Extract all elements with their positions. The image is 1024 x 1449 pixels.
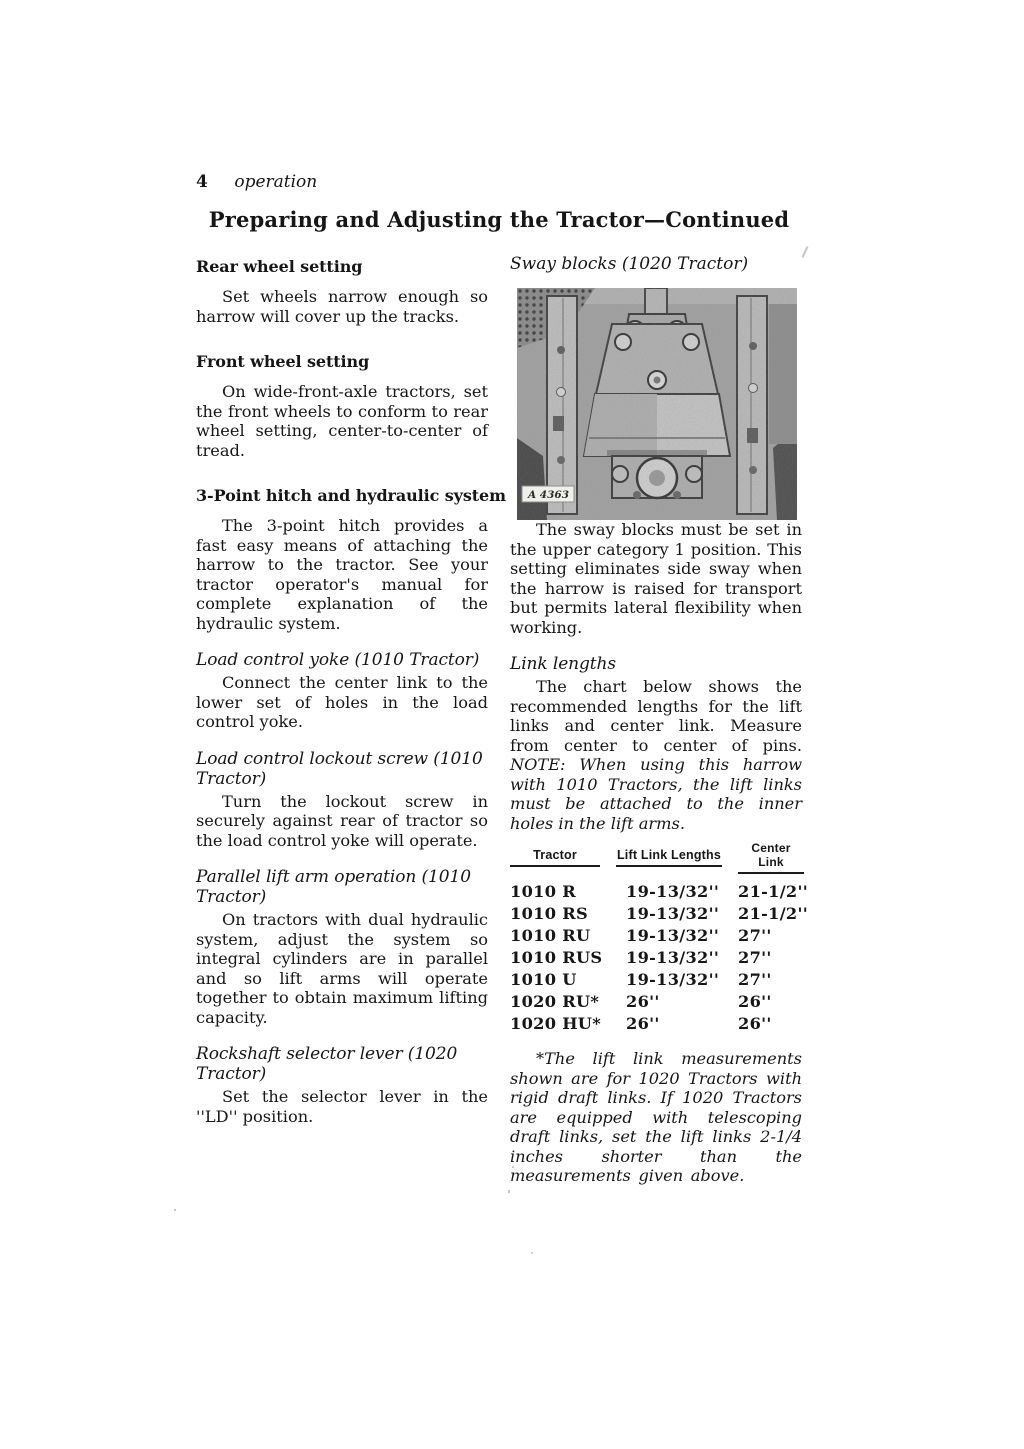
table-cell: 1010 RU: [510, 925, 616, 947]
table-cell: 26'': [616, 991, 738, 1013]
section-label: operation: [234, 172, 317, 192]
section-heading: Rockshaft selector lever (1020 Tractor): [196, 1044, 488, 1084]
link-lengths-table: Tractor Lift Link Lengths Center Link 10…: [510, 841, 806, 1035]
table-cell: 21-1/2'': [738, 903, 806, 925]
link-lengths-note: NOTE: When using this harrow with 1010 T…: [510, 755, 802, 833]
section-paragraph: The 3-point hitch provides a fast easy m…: [196, 516, 488, 633]
table-row: 1020 HU*26''26'': [510, 1013, 806, 1035]
table-cell: 1020 RU*: [510, 991, 616, 1013]
right-column: Sway blocks (1020 Tractor): [510, 254, 802, 1186]
link-lengths-heading: Link lengths: [510, 654, 802, 674]
lift-link-footnote: *The lift link measurements shown are fo…: [510, 1049, 802, 1186]
link-lengths-paragraph: The chart below shows the recommended le…: [510, 677, 802, 833]
page-title: Preparing and Adjusting the Tractor—Cont…: [196, 207, 802, 232]
column-header-tractor: Tractor: [510, 841, 616, 874]
column-header-center-link: Center Link: [738, 841, 806, 874]
section-heading: Parallel lift arm operation (1010 Tracto…: [196, 867, 488, 907]
section-paragraph: On wide-front-axle tractors, set the fro…: [196, 382, 488, 460]
section-heading: Load control yoke (1010 Tractor): [196, 650, 488, 670]
two-column-layout: Rear wheel settingSet wheels narrow enou…: [196, 254, 802, 1186]
table-cell: 1020 HU*: [510, 1013, 616, 1035]
scan-speck: [508, 1190, 510, 1193]
table-row: 1020 RU*26''26'': [510, 991, 806, 1013]
scan-artifact: [802, 246, 809, 258]
section-paragraph: On tractors with dual hydraulic system, …: [196, 910, 488, 1027]
section-paragraph: Connect the center link to the lower set…: [196, 673, 488, 732]
section-paragraph: Set wheels narrow enough so harrow will …: [196, 287, 488, 326]
page-content: 4operation Preparing and Adjusting the T…: [196, 172, 802, 1186]
sway-blocks-heading: Sway blocks (1020 Tractor): [510, 254, 802, 274]
page-number: 4: [196, 172, 208, 192]
sway-blocks-paragraph: The sway blocks must be set in the upper…: [510, 520, 802, 637]
section-paragraph: Turn the lockout screw in securely again…: [196, 792, 488, 851]
table-row: 1010 RU19-13/32''27'': [510, 925, 806, 947]
table-row: 1010 RUS19-13/32''27'': [510, 947, 806, 969]
table-cell: 1010 RS: [510, 903, 616, 925]
table-cell: 27'': [738, 969, 806, 991]
sway-blocks-photo: A 4363: [517, 288, 797, 520]
table-cell: 27'': [738, 947, 806, 969]
table-row: 1010 U19-13/32''27'': [510, 969, 806, 991]
scan-speck: [174, 1209, 176, 1211]
table-row: 1010 R19-13/32''21-1/2'': [510, 874, 806, 903]
table-cell: 1010 U: [510, 969, 616, 991]
photo-label: A 4363: [527, 489, 569, 501]
table-cell: 21-1/2'': [738, 874, 806, 903]
link-table-body: 1010 R19-13/32''21-1/2''1010 RS19-13/32'…: [510, 874, 806, 1035]
table-cell: 1010 RUS: [510, 947, 616, 969]
table-cell: 19-13/32'': [616, 969, 738, 991]
table-cell: 19-13/32'': [616, 903, 738, 925]
scan-speck: [512, 1166, 514, 1168]
table-cell: 27'': [738, 925, 806, 947]
table-header-row: Tractor Lift Link Lengths Center Link: [510, 841, 806, 874]
section-heading: Load control lockout screw (1010 Tractor…: [196, 749, 488, 789]
table-row: 1010 RS19-13/32''21-1/2'': [510, 903, 806, 925]
table-cell: 26'': [738, 991, 806, 1013]
left-column: Rear wheel settingSet wheels narrow enou…: [196, 254, 488, 1186]
table-cell: 19-13/32'': [616, 925, 738, 947]
section-heading: Rear wheel setting: [196, 257, 488, 277]
section-heading: 3-Point hitch and hydraulic system: [196, 486, 488, 506]
table-cell: 26'': [738, 1013, 806, 1035]
table-cell: 19-13/32'': [616, 947, 738, 969]
table-cell: 1010 R: [510, 874, 616, 903]
column-header-lift-link-lengths: Lift Link Lengths: [616, 841, 738, 874]
table-cell: 19-13/32'': [616, 874, 738, 903]
manual-page: 4operation Preparing and Adjusting the T…: [0, 0, 1024, 1449]
scan-speck: [531, 1252, 533, 1254]
table-cell: 26'': [616, 1013, 738, 1035]
section-heading: Front wheel setting: [196, 352, 488, 372]
section-paragraph: Set the selector lever in the ''LD'' pos…: [196, 1087, 488, 1126]
page-header: 4operation: [196, 172, 802, 192]
link-lengths-text: The chart below shows the recommended le…: [510, 677, 802, 755]
tractor-rear-photo-illustration: A 4363: [517, 288, 797, 520]
